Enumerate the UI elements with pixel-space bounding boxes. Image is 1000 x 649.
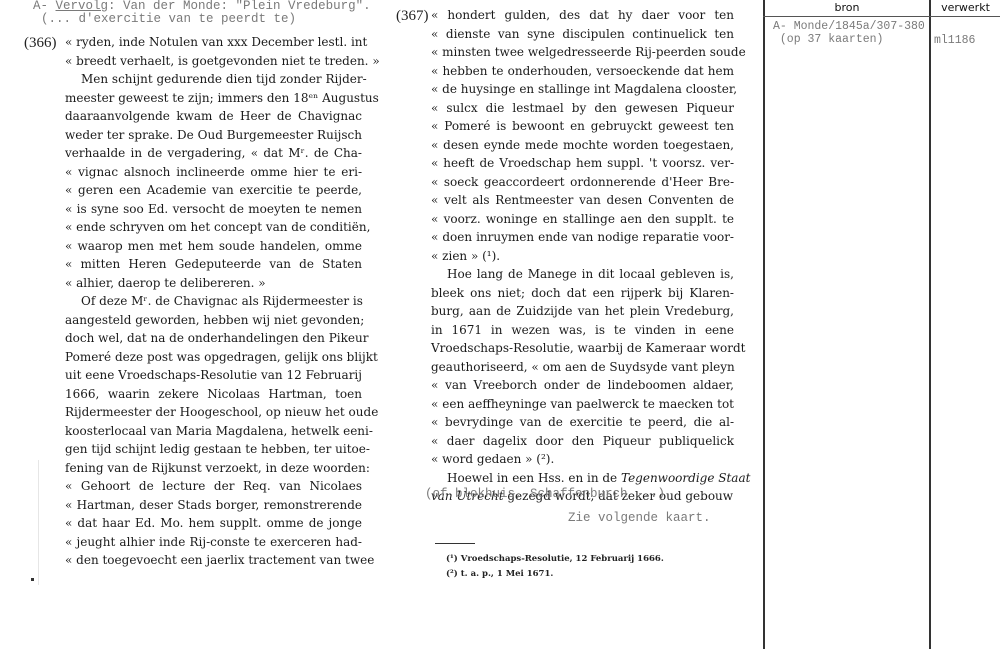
text-line: gen tijd schijnt ledig gestaan te hebben… [65,440,362,459]
table-cell-bron: A- Monde/1845a/307-380 (op 37 kaarten) [773,20,925,46]
text-line: Pomeré deze post was opgedragen, gelijk … [65,348,362,367]
text-line: « sulcx die lestmael by den gewesen Piqu… [431,99,734,118]
text-line: « ende schryven om het concept van de co… [65,218,362,237]
text-line: Of deze Mʳ. de Chavignac als Rijdermeest… [65,292,362,311]
text-line: Rijdermeester der Hoogeschool, op nieuw … [65,403,362,422]
text-line: geauthoriseerd, « om aen de Suydsyde van… [431,358,734,377]
scan-margin-mark [38,460,39,585]
scan-speck [31,578,34,581]
text-line: Vroedschaps-Resolutie, waarbij de Kamera… [431,339,734,358]
text-line: uit eene Vroedschaps-Resolutie van 12 Fe… [65,366,362,385]
source-card-count: (op 37 kaarten) [773,33,883,46]
index-table: bron verwerkt A- Monde/1845a/307-380 (op… [763,0,1000,649]
column-header-bron: bron [765,1,929,14]
footnote-2: (²) t. a. p., 1 Mei 1671. [446,567,664,582]
text-line: fening van de Rijkunst verzoekt, in deze… [65,459,362,478]
text-line: « jeught alhier inde Rij-conste te exerc… [65,533,362,552]
page-number-left: (366) [24,35,57,52]
text-line: Hoewel in een Hss. en in de Tegenwoordig… [431,469,734,488]
text-line: « van Vreeborch onder de lindeboomen ald… [431,376,734,395]
page-number-right: (367) [396,8,429,25]
text-line: « geren een Academie van exercitie te pe… [65,181,362,200]
text-line: « breedt verhaelt, is goetgevonden niet … [65,52,362,71]
text-line: in 1671 in wezen was, is te vinden in ee… [431,321,734,340]
text-line: « desen eynde mede mochte worden toegest… [431,136,734,155]
text-line: daaraanvolgende kwam de Heer de Chavigna… [65,107,362,126]
text-line: koosterlocaal van Maria Magdalena, hetwe… [65,422,362,441]
table-cell-verwerkt: ml1186 [934,34,975,47]
text-line: « den toegevoecht een jaerlix tractement… [65,551,362,570]
text-line: weder ter sprake. De Oud Burgemeester Ru… [65,126,362,145]
source-reference: A- Monde/1845a/307-380 [773,20,925,33]
text-line: verhaalde in de vergadering, « dat Mʳ. d… [65,144,362,163]
text-line: burg, aan de Zuidzijde van het plein Vre… [431,302,734,321]
text-line: « soeck geaccordeert ordonnerende d'Heer… [431,173,734,192]
table-header-rule [763,16,1000,17]
text-line: « dat haar Ed. Mo. hem supplt. omme de j… [65,514,362,533]
text-line: meester geweest te zijn; immers den 18ᵉⁿ… [65,89,362,108]
text-line: « doen inruymen ende van nodige reparati… [431,228,734,247]
footnote-1: (¹) Vroedschaps-Resolutie, 12 Februarij … [446,552,664,567]
text-line: Hoe lang de Manege in dit locaal gebleve… [431,265,734,284]
text-line: « de huysinge en stallinge int Magdalena… [431,80,734,99]
text-line: « hondert gulden, des dat hy daer voor t… [431,6,734,25]
header-subtitle: (... d'exercitie van te peerdt te) [33,12,296,26]
footnotes: (¹) Vroedschaps-Resolutie, 12 Februarij … [446,552,664,582]
text-line: « Pomeré is bewoont en gebruyckt geweest… [431,117,734,136]
text-line: « word gedaen » (²). [431,450,734,469]
card-header: A- Vervolg: Van der Monde: "Plein Vredeb… [33,0,371,26]
text-line: « daer dagelix door den Piqueur publique… [431,432,734,451]
text-line: doch wel, dat na de onderhandelingen den… [65,329,362,348]
typed-continuation-note: Zie volgende kaart. [568,511,711,525]
text-line: « ryden, inde Notulen van xxx December l… [65,33,362,52]
text-line: bleek ons niet; doch dat een rijperk bij… [431,284,734,303]
text-line: « vignac alsnoch inclineerde omme hier t… [65,163,362,182]
text-line: aangesteld geworden, hebben wij niet gev… [65,311,362,330]
text-line: « velt als Rentmeester van desen Convent… [431,191,734,210]
text-line: « waarop men met hem soude handelen, omm… [65,237,362,256]
text-line: « dienste van syne discipulen continueli… [431,25,734,44]
text-line: Men schijnt gedurende dien tijd zonder R… [65,70,362,89]
text-line: « bevrydinge van de exercitie te peerd, … [431,413,734,432]
text-line: « voorz. woninge en stallinge aen den su… [431,210,734,229]
text-line: « minsten twee welgedresseerde Rij-peerd… [431,43,734,62]
text-fragment: Hoewel in een Hss. en in de [447,471,617,485]
table-left-border [763,0,765,649]
left-text-column: « ryden, inde Notulen van xxx December l… [65,33,362,570]
text-line: 1666, waarin zekere Nicolaas Hartman, to… [65,385,362,404]
text-line: « hebben te onderhouden, versoeckende da… [431,62,734,81]
text-line: « heeft de Vroedschap hem suppl. 't voor… [431,154,734,173]
text-line: « een aeffheyninge van paelwerck te maec… [431,395,734,414]
right-text-column: « hondert gulden, des dat hy daer voor t… [431,6,734,506]
text-line: « is syne soo Ed. versocht de moeyten te… [65,200,362,219]
footnote-divider [435,543,475,544]
column-header-verwerkt: verwerkt [931,1,1000,14]
italic-title: Tegenwoordige Staat [621,471,750,485]
typed-annotation: (of blokhuis, Schaffenburch ...) [425,487,665,501]
text-line: « zien » (¹). [431,247,734,266]
text-line: « Hartman, deser Stads borger, remonstre… [65,496,362,515]
text-line: « alhier, daerop te delibereren. » [65,274,362,293]
text-line: « mitten Heren Gedeputeerde van de State… [65,255,362,274]
text-line: « Gehoort de lecture der Req. van Nicola… [65,477,362,496]
table-column-divider [929,0,931,649]
